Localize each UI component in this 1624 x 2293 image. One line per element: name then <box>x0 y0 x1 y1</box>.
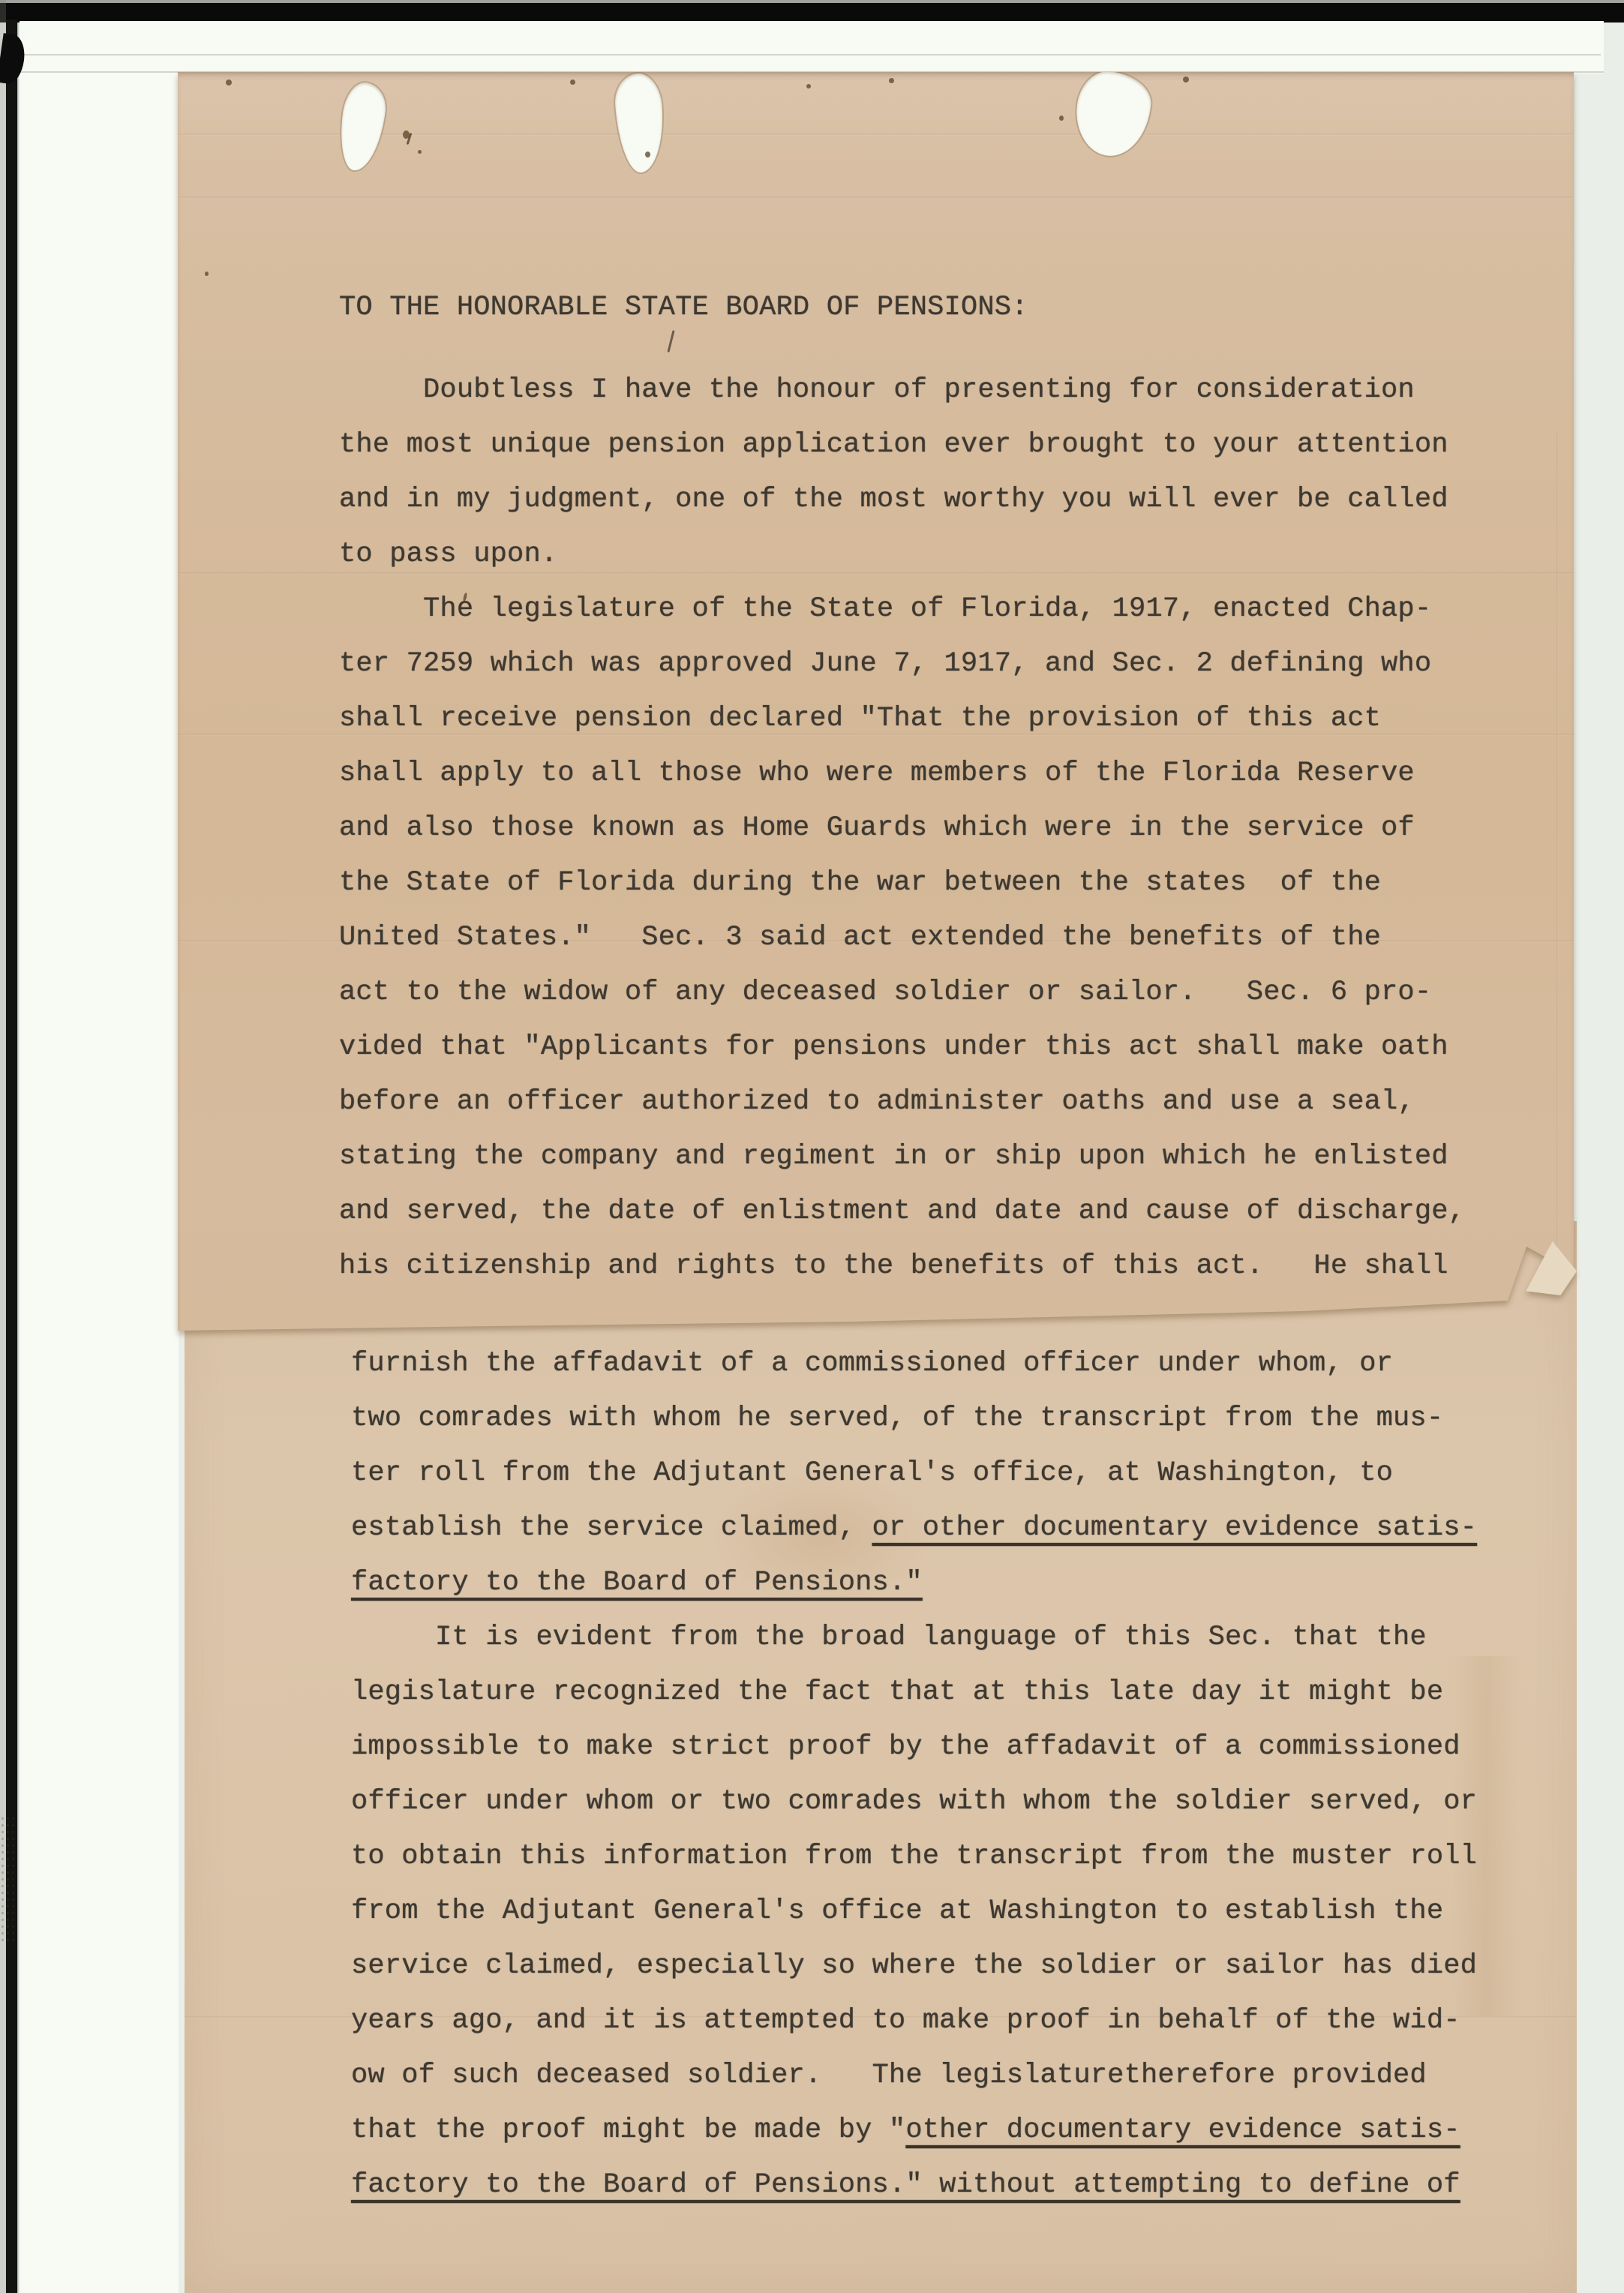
document-line: establish the service claimed, or other … <box>351 1501 1477 1556</box>
paper-speck <box>889 78 894 83</box>
document-line: the most unique pension application ever… <box>339 418 1465 473</box>
paper-hole <box>613 72 666 174</box>
document-line: and in my judgment, one of the most wort… <box>339 473 1465 527</box>
document-line: the State of Florida during the war betw… <box>339 856 1465 911</box>
scanned-document-page: TO THE HONORABLE STATE BOARD OF PENSIONS… <box>0 0 1624 2293</box>
document-line: shall receive pension declared "That the… <box>339 692 1465 746</box>
document-line: furnish the affadavit of a commissioned … <box>351 1337 1477 1391</box>
document-line: United States." Sec. 3 said act extended… <box>339 911 1465 965</box>
paper-speck <box>418 150 422 154</box>
document-line: from the Adjutant General's office at Wa… <box>351 1884 1477 1939</box>
document-body-sheet2: furnish the affadavit of a commissioned … <box>351 1337 1477 2213</box>
scan-top-black-band <box>0 3 1624 23</box>
document-line: factory to the Board of Pensions." <box>351 1556 1477 1610</box>
document-line: years ago, and it is attempted to make p… <box>351 1994 1477 2048</box>
paper-hole <box>336 80 389 173</box>
document-line: act to the widow of any deceased soldier… <box>339 965 1465 1020</box>
document-line: and served, the date of enlistment and d… <box>339 1184 1465 1239</box>
document-line: to obtain this information from the tran… <box>351 1829 1477 1884</box>
paper-speck <box>205 272 209 276</box>
document-line: shall apply to all those who were member… <box>339 746 1465 801</box>
document-line: that the proof might be made by "other d… <box>351 2103 1477 2158</box>
document-line: before an officer authorized to administ… <box>339 1075 1465 1130</box>
document-line: factory to the Board of Pensions." witho… <box>351 2158 1477 2213</box>
paper-speck <box>1183 77 1189 83</box>
document-line: stating the company and regiment in or s… <box>339 1130 1465 1184</box>
document-line: and also those known as Home Guards whic… <box>339 801 1465 856</box>
paper-speck <box>570 80 575 85</box>
document-title: TO THE HONORABLE STATE BOARD OF PENSIONS… <box>339 281 1028 335</box>
document-line: impossible to make strict proof by the a… <box>351 1720 1477 1775</box>
paper-speck <box>1059 116 1064 121</box>
document-line: ow of such deceased soldier. The legisla… <box>351 2048 1477 2103</box>
paper-speck <box>226 80 232 86</box>
document-body-sheet1: Doubtless I have the honour of presentin… <box>339 363 1465 1294</box>
document-line: service claimed, especially so where the… <box>351 1939 1477 1994</box>
paper-speck <box>645 152 650 158</box>
document-line: officer under whom or two comrades with … <box>351 1775 1477 1829</box>
paper-crease <box>178 134 1574 136</box>
scan-left-black-line <box>6 20 17 2293</box>
document-line: ter 7259 which was approved June 7, 1917… <box>339 637 1465 692</box>
scan-left-speckles <box>0 1815 14 1943</box>
paper-vertical-crease <box>1556 432 1559 1257</box>
paper-speck <box>806 84 811 89</box>
document-line: It is evident from the broad language of… <box>351 1610 1477 1665</box>
backing-fold-line <box>20 54 1601 56</box>
document-line: his citizenship and rights to the benefi… <box>339 1239 1465 1294</box>
document-line: The legislature of the State of Florida,… <box>339 582 1465 637</box>
document-line: two comrades with whom he served, of the… <box>351 1391 1477 1446</box>
paper-hole <box>1073 69 1153 159</box>
document-line: legislature recognized the fact that at … <box>351 1665 1477 1720</box>
backing-sheet-top <box>20 21 1604 74</box>
document-line: Doubtless I have the honour of presentin… <box>339 363 1465 418</box>
document-line: to pass upon. <box>339 527 1465 582</box>
backing-sheet-left <box>20 21 179 2293</box>
document-line: vided that "Applicants for pensions unde… <box>339 1020 1465 1075</box>
paper-crease <box>178 197 1574 199</box>
document-line: ter roll from the Adjutant General's off… <box>351 1446 1477 1501</box>
scan-left-edge <box>0 0 6 2293</box>
